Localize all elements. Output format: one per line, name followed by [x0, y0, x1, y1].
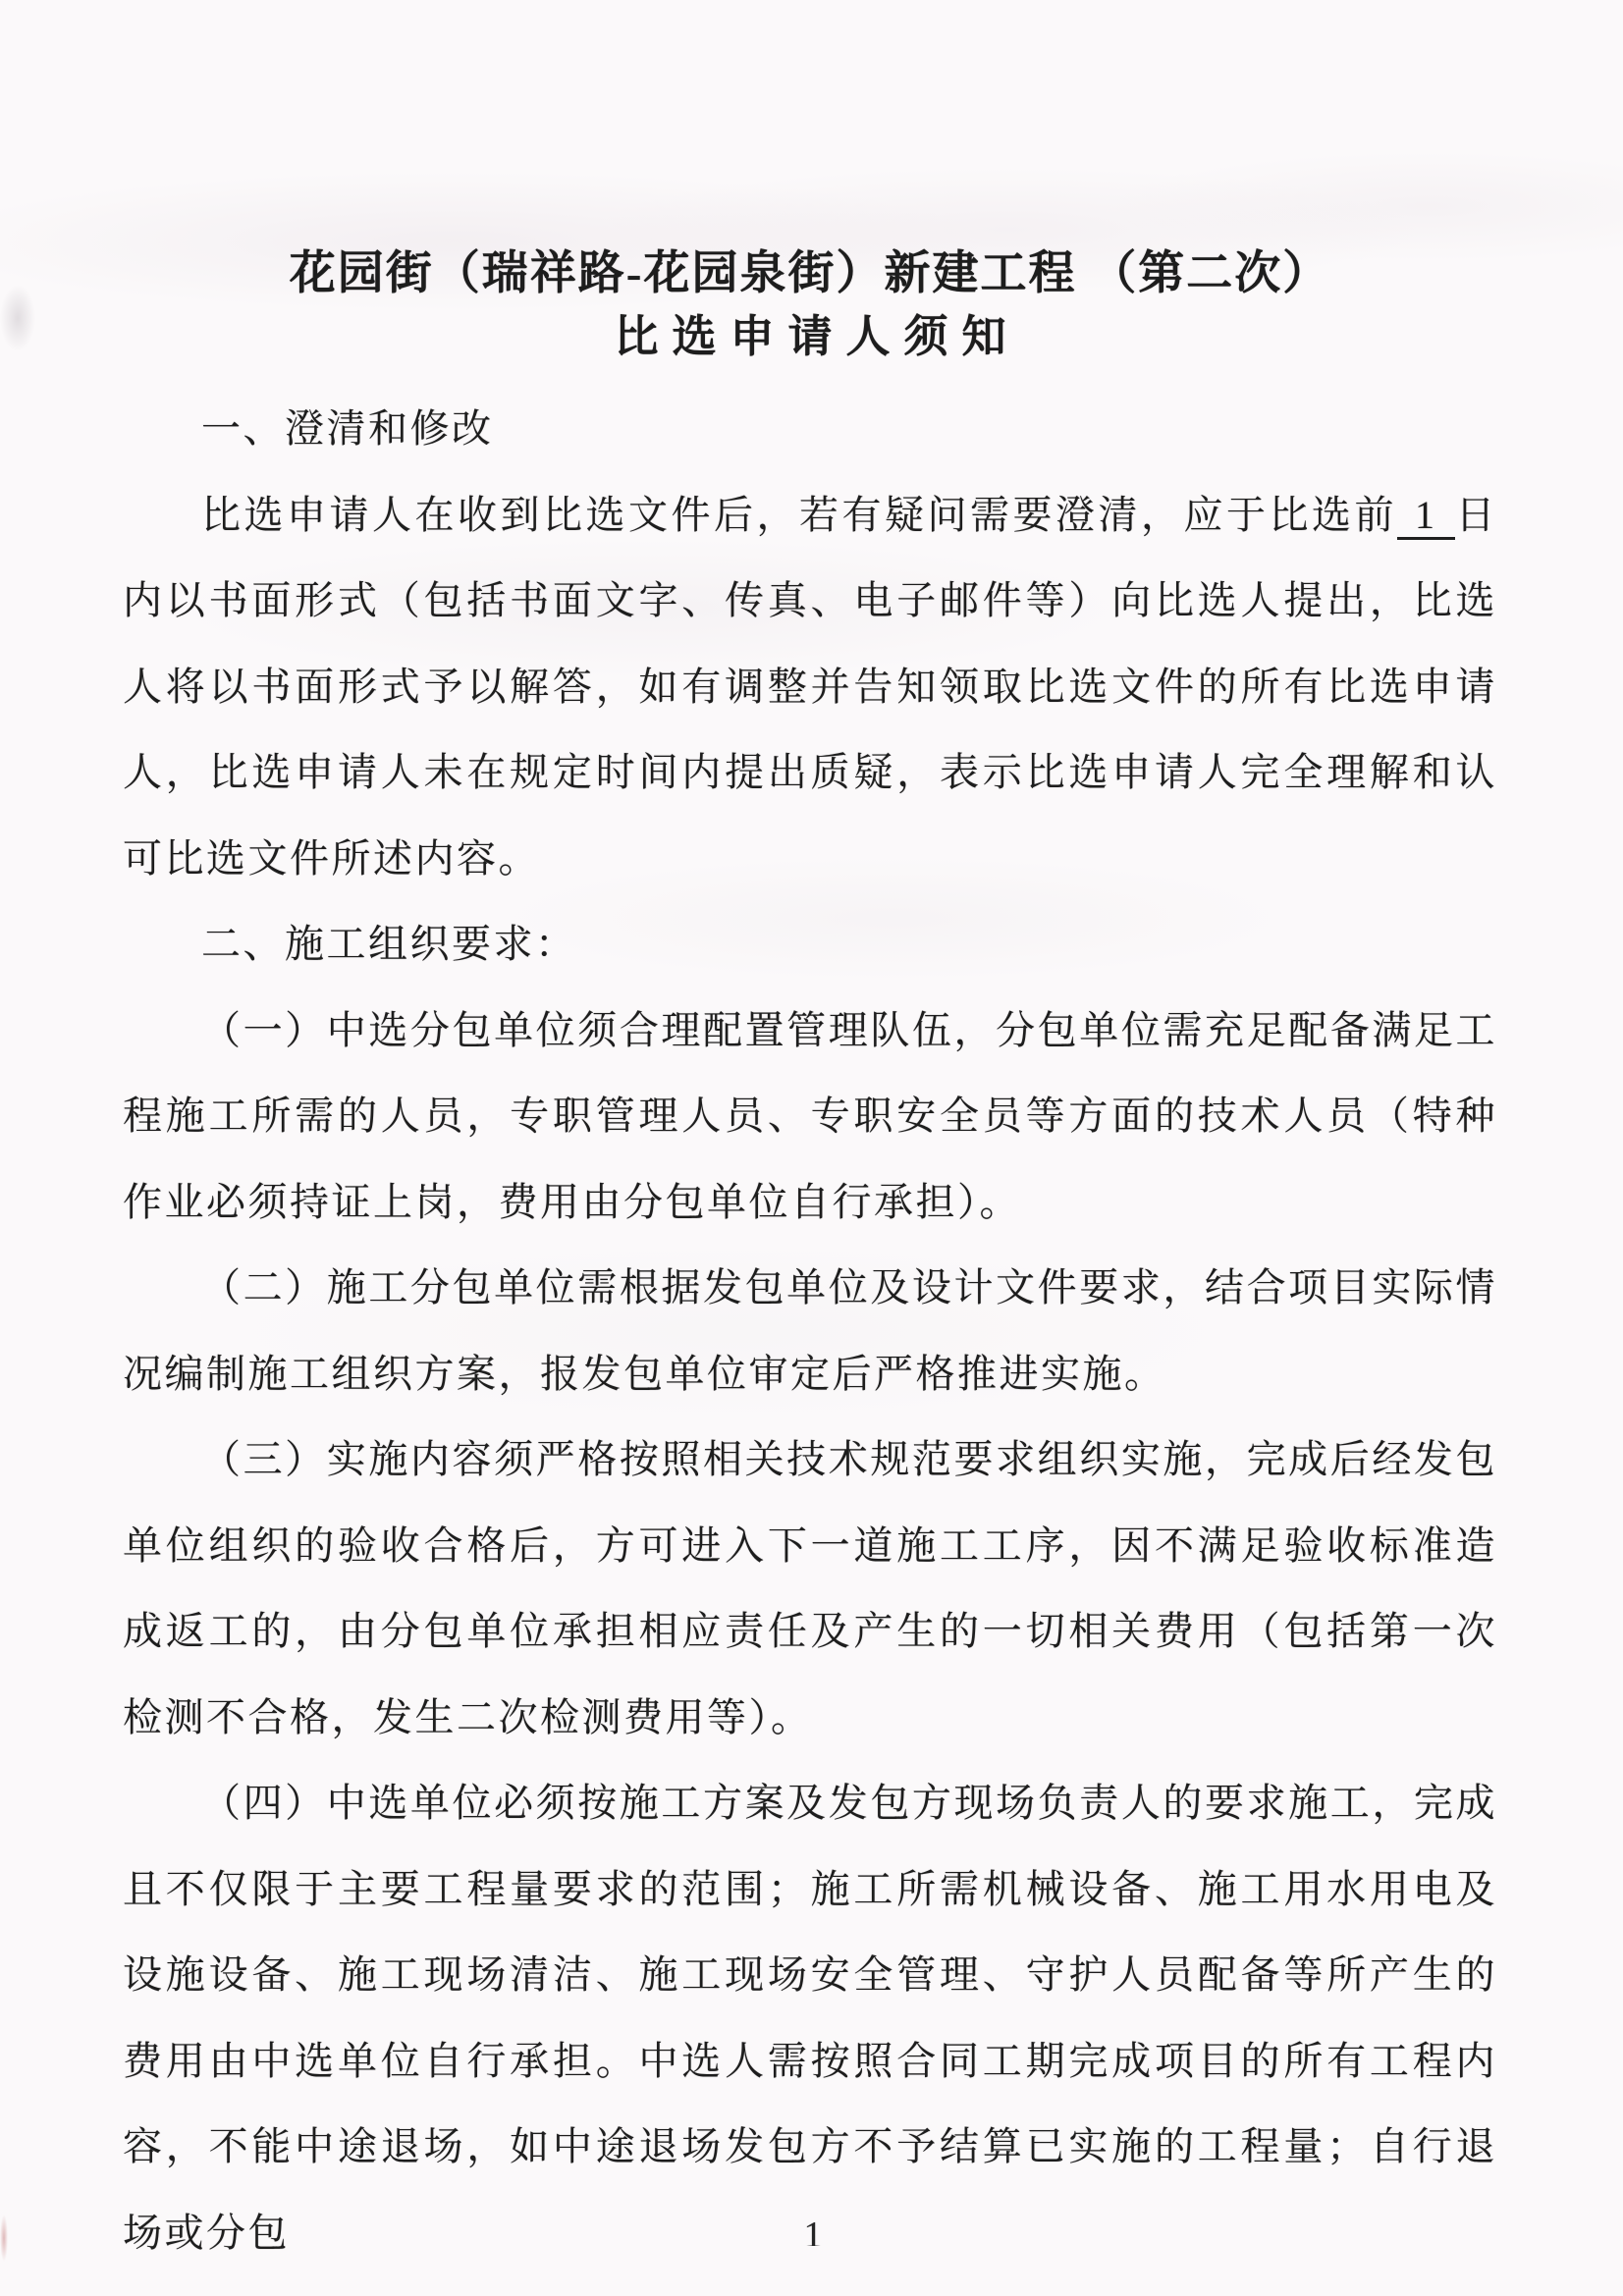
scan-mark-bottom-left [0, 2215, 16, 2262]
page-number-digit: 1 [804, 2216, 823, 2246]
underlined-blank-value: 1 [1397, 493, 1455, 540]
document-body: 一、澄清和修改 比选申请人在收到比选文件后，若有疑问需要澄清，应于比选前1日内以… [123, 386, 1497, 2275]
section-1-paragraph: 比选申请人在收到比选文件后，若有疑问需要澄清，应于比选前1日内以书面形式（包括书… [123, 472, 1497, 902]
section-2-clause-3: （三）实施内容须严格按照相关技术规范要求组织实施，完成后经发包单位组织的验收合格… [123, 1416, 1497, 1760]
paragraph-text-after-blank: 日内以书面形式（包括书面文字、传真、电子邮件等）向比选人提出，比选人将以书面形式… [123, 493, 1497, 881]
paragraph-text-before-blank: 比选申请人在收到比选文件后，若有疑问需要澄清，应于比选前 [201, 493, 1397, 537]
doc-title-line-1: 花园街（瑞祥路-花园泉街）新建工程 （第二次） [123, 242, 1497, 305]
document-page: 花园街（瑞祥路-花园泉街）新建工程 （第二次） 比选申请人须知 一、澄清和修改 … [0, 0, 1623, 2296]
section-2-clause-4: （四）中选单位必须按施工方案及发包方现场负责人的要求施工，完成且不仅限于主要工程… [123, 1760, 1497, 2275]
doc-title-line-2: 比选申请人须知 [123, 305, 1497, 368]
section-2-clause-1: （一）中选分包单位须合理配置管理队伍，分包单位需充足配备满足工程施工所需的人员，… [123, 988, 1497, 1246]
section-1-heading: 一、澄清和修改 [123, 386, 1497, 472]
section-2-heading: 二、施工组织要求： [123, 901, 1497, 988]
section-2-clause-2: （二）施工分包单位需根据发包单位及设计文件要求，结合项目实际情况编制施工组织方案… [123, 1245, 1497, 1416]
document-content: 花园街（瑞祥路-花园泉街）新建工程 （第二次） 比选申请人须知 一、澄清和修改 … [123, 0, 1497, 2275]
scan-smudge-left [0, 285, 35, 351]
page-number: 1 [791, 2216, 835, 2246]
